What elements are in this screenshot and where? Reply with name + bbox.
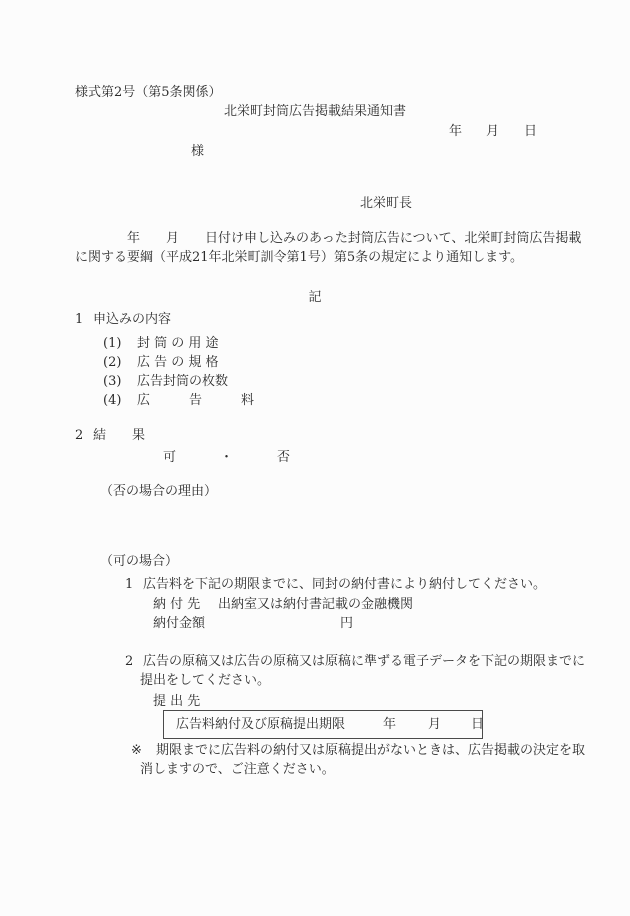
deadline-year-label: 年 <box>383 711 396 738</box>
section1-number: 1 <box>75 311 93 330</box>
section2-heading: 2結 果 <box>75 427 145 446</box>
payee-row: 納 付 先出納室又は納付書記載の金融機関 <box>153 596 413 615</box>
list-item-number: (1) <box>103 336 137 351</box>
section2-number: 2 <box>75 427 93 446</box>
note-line1: 期限までに広告料の納付又は原稿提出がないときは、広告掲載の決定を取 <box>156 742 585 761</box>
list-item-label: 広 告 料 <box>137 393 254 408</box>
approved-item1-text: 広告料を下記の期限までに、同封の納付書により納付してください。 <box>143 577 546 592</box>
list-item: (4)広 告 料 <box>103 389 254 408</box>
deadline-month-label: 月 <box>428 711 441 738</box>
amount-label: 納付金額 <box>153 615 205 634</box>
list-item-number: (3) <box>103 374 137 389</box>
section1-heading: 1申込みの内容 <box>75 311 171 330</box>
list-item-label: 封 筒 の 用 途 <box>137 336 219 351</box>
issue-date-line: 年月日 <box>449 123 537 142</box>
record-marker: 記 <box>0 289 630 308</box>
form-number: 様式第2号（第5条関係） <box>75 84 222 103</box>
note-marker: ※ <box>131 742 142 761</box>
payee-value: 出納室又は納付書記載の金融機関 <box>218 597 413 612</box>
approved-item1-number: 1 <box>125 576 143 595</box>
amount-unit: 円 <box>340 615 353 634</box>
list-item: (3)広告封筒の枚数 <box>103 370 228 389</box>
deadline-day-label: 日 <box>471 711 484 738</box>
list-item-number: (2) <box>103 355 137 370</box>
approved-item2: 2広告の原稿又は広告の原稿又は原稿に準ずる電子データを下記の期限までに <box>125 653 585 672</box>
sender-title: 北栄町長 <box>360 195 412 214</box>
issue-date-month-label: 月 <box>486 124 499 139</box>
list-item-label: 広告封筒の枚数 <box>137 374 228 389</box>
approved-case-label: （可の場合） <box>100 553 178 572</box>
list-item-number: (4) <box>103 393 137 408</box>
issue-date-year-label: 年 <box>449 124 462 139</box>
deadline-box: 広告料納付及び原稿提出期限 年 月 日 <box>163 710 483 739</box>
body-paragraph-line2: に関する要綱（平成21年北栄町訓令第1号）第5条の規定により通知します。 <box>75 249 523 268</box>
approved-item1: 1広告料を下記の期限までに、同封の納付書により納付してください。 <box>125 576 546 595</box>
body-paragraph-line1: 年 月 日付け申し込みのあった封筒広告について、北栄町封筒広告掲載 <box>75 230 581 249</box>
list-item: (2)広 告 の 規 格 <box>103 351 219 370</box>
list-item-label: 広 告 の 規 格 <box>137 355 219 370</box>
deadline-box-label: 広告料納付及び原稿提出期限 <box>176 711 345 738</box>
document-page: 様式第2号（第5条関係） 北栄町封筒広告掲載結果通知書 年月日 様 北栄町長 年… <box>0 0 630 916</box>
note-line2: 消しますので、ご注意ください。 <box>140 761 335 780</box>
option-separator-dot: ・ <box>220 450 233 465</box>
option-approve: 可 <box>163 450 176 465</box>
section2-heading-label: 結 果 <box>93 428 145 443</box>
section1-heading-label: 申込みの内容 <box>93 312 171 327</box>
approved-item2-line1: 広告の原稿又は広告の原稿又は原稿に準ずる電子データを下記の期限までに <box>143 654 585 669</box>
result-options: 可・否 <box>163 449 290 468</box>
option-reject: 否 <box>277 450 290 465</box>
reject-reason-label: （否の場合の理由） <box>100 483 217 502</box>
document-title: 北栄町封筒広告掲載結果通知書 <box>0 103 630 122</box>
payee-label: 納 付 先 <box>153 596 218 615</box>
approved-item2-line2: 提出をしてください。 <box>140 672 270 691</box>
addressee-honorific: 様 <box>191 143 204 162</box>
issue-date-day-label: 日 <box>524 124 537 139</box>
approved-item2-number: 2 <box>125 653 143 672</box>
list-item: (1)封 筒 の 用 途 <box>103 332 219 351</box>
